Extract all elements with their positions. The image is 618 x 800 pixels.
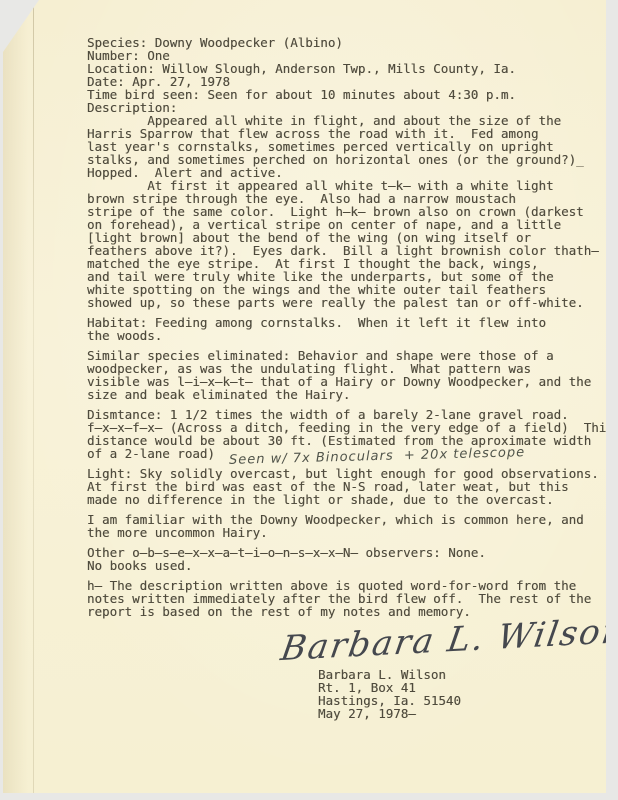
paragraph-block: Dismtance: 1 1/2 times the width of a ba…	[87, 408, 607, 460]
signature-date-line: May 27, 1978̶	[318, 707, 461, 720]
document-line: the woods.	[87, 329, 607, 342]
document-line: Habitat: Feeding among cornstalks. When …	[87, 316, 607, 329]
document-line: of a 2-lane road)Seen w/ 7x Binoculars +…	[87, 447, 607, 460]
paper-left-edge-shade	[3, 0, 33, 793]
paragraph-block: Light: Sky solidly overcast, but light e…	[87, 467, 607, 506]
document-line: showed up, so these parts were really th…	[87, 296, 607, 309]
typed-text: the more uncommon Hairy.	[87, 525, 268, 540]
typed-text: of a 2-lane road)	[87, 446, 215, 461]
typed-text: the woods.	[87, 328, 162, 343]
typed-text: size and beak eliminated the Hairy.	[87, 387, 350, 402]
typed-text: made no difference in the light or shade…	[87, 492, 554, 507]
document-line: the more uncommon Hairy.	[87, 526, 607, 539]
paragraph-block: Species: Downy Woodpecker (Albino)Number…	[87, 36, 607, 309]
typed-text-column: Species: Downy Woodpecker (Albino)Number…	[87, 36, 607, 625]
paragraph-block: Similar species eliminated: Behavior and…	[87, 349, 607, 401]
paragraph-block: Other o̶b̶s̶e̶x̶x̶a̶t̶i̶o̶n̶s̶x̶x̶N̶ obs…	[87, 546, 607, 572]
typed-text: report is based on the rest of my notes …	[87, 604, 471, 619]
handwritten-annotation: Seen w/ 7x Binoculars + 20x telescope	[229, 446, 525, 467]
paper-fold-crease	[33, 0, 34, 793]
paragraph-block: Habitat: Feeding among cornstalks. When …	[87, 316, 607, 342]
document-line: size and beak eliminated the Hairy.	[87, 388, 607, 401]
typed-text: No books used.	[87, 558, 192, 573]
document-line: No books used.	[87, 559, 607, 572]
paragraph-block: I am familiar with the Downy Woodpecker,…	[87, 513, 607, 539]
paragraph-block: h̶ The description written above is quot…	[87, 579, 607, 618]
signature-block: Barbara L. Wilson Rt. 1, Box 41 Hastings…	[318, 668, 461, 720]
typed-text: showed up, so these parts were really th…	[87, 295, 584, 310]
letter-paper: Species: Downy Woodpecker (Albino)Number…	[3, 0, 606, 793]
document-line: made no difference in the light or shade…	[87, 493, 607, 506]
scanned-letter-page: { "colors": { "paper": "#f7f1d6", "ink":…	[0, 0, 618, 800]
